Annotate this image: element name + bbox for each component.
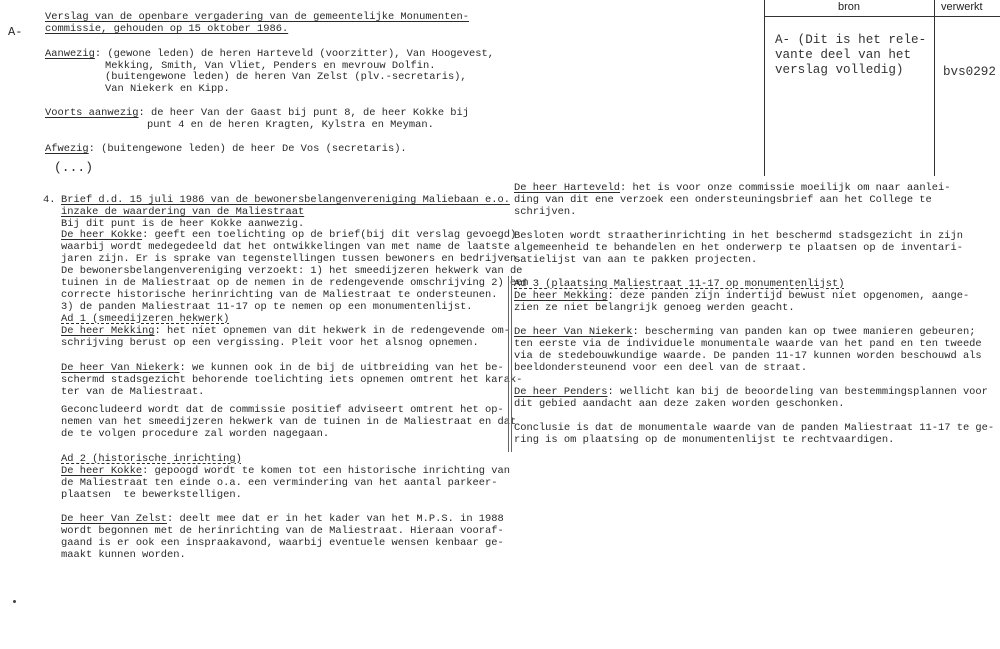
- speaker-harteveld: De heer Harteveld: [514, 182, 620, 194]
- also-present-label: Voorts aanwezig: [45, 107, 139, 119]
- absent-line: Afwezig: (buitengewone leden) de heer De…: [45, 144, 407, 155]
- verwerkt-code: bvs0292: [943, 65, 996, 80]
- conclusion1-line-2: nemen van het smeedijzeren hekwerk van d…: [61, 417, 516, 428]
- decision-line-1: Besloten wordt straatherinrichting in he…: [514, 231, 963, 242]
- kokke-line-3: jaren zijn. Er is sprake van tegenstelli…: [61, 254, 522, 265]
- table-header-bron: bron: [838, 2, 860, 13]
- mekking2-line-2: zien ze niet belangrijk genoeg werden ge…: [514, 303, 795, 314]
- table-header-rule: [764, 16, 1000, 17]
- omission-ellipsis: (...): [54, 162, 93, 173]
- speaker-kokke: De heer Kokke: [61, 229, 142, 241]
- ad2-heading: Ad 2 (historische inrichting): [61, 454, 242, 465]
- harteveld-line-1: De heer Harteveld: het is voor onze comm…: [514, 183, 951, 194]
- vanniekerk2-line-1: De heer Van Niekerk: bescherming van pan…: [514, 327, 975, 338]
- kokke2-line-3: plaatsen te bewerkstelligen.: [61, 490, 242, 501]
- mekking-line-2: schrijving berust op een vergissing. Ple…: [61, 338, 479, 349]
- speaker-mekking-2: De heer Mekking: [514, 290, 608, 302]
- bron-line-2: vante deel van het: [775, 48, 911, 63]
- conclusion1-line-1: Geconcludeerd wordt dat de commissie pos…: [61, 405, 504, 416]
- vanniekerk-line-2: schermd stadsgezicht behorende toelichti…: [61, 375, 522, 386]
- decision-line-3: satielijst van aan te pakken projecten.: [514, 255, 757, 266]
- kokke-line-5: tuinen in de Maliestraat op de nemen in …: [61, 278, 529, 289]
- bron-line-3: verslag volledig): [775, 63, 903, 78]
- vanzelst-line-2: wordt begonnen met de herinrichting van …: [61, 526, 504, 537]
- kokke-line-2: waarbij wordt medegedeeld dat het ontwik…: [61, 242, 510, 253]
- speaker-van-niekerk-2: De heer Van Niekerk: [514, 326, 632, 338]
- penders-line-1: De heer Penders: wellicht kan bij de beo…: [514, 387, 988, 398]
- harteveld-line-3: schrijven.: [514, 207, 576, 218]
- present-line-4: Van Niekerk en Kipp.: [105, 84, 230, 95]
- bron-line-1: A- (Dit is het rele-: [775, 33, 926, 48]
- report-title-line-1: Verslag van de openbare vergadering van …: [45, 12, 469, 23]
- present-label: Aanwezig: [45, 48, 95, 60]
- harteveld-line-2: ding van dit ene verzoek een ondersteuni…: [514, 195, 932, 206]
- item4-title-line-1: Brief d.d. 15 juli 1986 van de bewonersb…: [61, 195, 510, 206]
- kokke-line-1: De heer Kokke: geeft een toelichting op …: [61, 230, 516, 241]
- vanzelst-line-3: gaand is er ook een inspraakavond, waarb…: [61, 538, 504, 549]
- speaker-van-niekerk: De heer Van Niekerk: [61, 362, 179, 374]
- report-title-line-2: commissie, gehouden op 15 oktober 1986.: [45, 24, 288, 35]
- item-number: 4.: [43, 195, 55, 206]
- item4-title-line-2: inzake de waardering van de Maliestraat: [61, 207, 304, 218]
- conclusion1-line-3: de te volgen procedure zal worden nagega…: [61, 429, 329, 440]
- decision-line-2: algemeenheid te behandelen en het onderw…: [514, 243, 963, 254]
- vanniekerk2-line-2: ten eerste via de individuele monumental…: [514, 339, 982, 350]
- conclusion-line-1: Conclusie is dat de monumentale waarde v…: [514, 423, 994, 434]
- speaker-kokke-2: De heer Kokke: [61, 465, 142, 477]
- kokke2-line-2: de Maliestraat ten einde o.a. een vermin…: [61, 478, 497, 489]
- also-present-line-1: Voorts aanwezig: de heer Van der Gaast b…: [45, 108, 469, 119]
- speaker-van-zelst: De heer Van Zelst: [61, 513, 167, 525]
- mekking-line-1: De heer Mekking: het niet opnemen van di…: [61, 326, 510, 337]
- ad1-heading: Ad 1 (smeedijzeren hekwerk): [61, 314, 229, 325]
- also-present-line-2: punt 4 en de heren Kragten, Kylstra en M…: [147, 120, 434, 131]
- kokke-line-4: De bewonersbelangenvereniging verzoekt: …: [61, 266, 522, 277]
- vanniekerk2-line-3: via de stedebouwkundige waarde. De pande…: [514, 351, 982, 362]
- vanzelst-line-1: De heer Van Zelst: deelt mee dat er in h…: [61, 514, 504, 525]
- table-border-middle: [934, 0, 935, 176]
- margin-bar-outer: [508, 276, 509, 452]
- ad3-heading: Ad 3 (plaatsing Maliestraat 11-17 op mon…: [514, 279, 844, 290]
- margin-marker: A-: [8, 27, 22, 38]
- margin-bar-inner: [511, 276, 512, 452]
- conclusion-line-2: ring is om plaatsing op de monumentenlij…: [514, 435, 894, 446]
- kokke2-line-1: De heer Kokke: gepoogd wordt te komen to…: [61, 466, 510, 477]
- table-header-verwerkt: verwerkt: [941, 2, 983, 13]
- vanniekerk-line-3: ter van de Maliestraat.: [61, 387, 204, 398]
- speaker-penders: De heer Penders: [514, 386, 608, 398]
- absent-label: Afwezig: [45, 143, 89, 155]
- vanniekerk2-line-4: beeldondersteunend voor een deel van de …: [514, 363, 807, 374]
- present-line-3: (buitengewone leden) de heren Van Zelst …: [105, 72, 467, 83]
- penders-line-2: dit gebied aandacht aan deze zaken worde…: [514, 399, 844, 410]
- vanniekerk-line-1: De heer Van Niekerk: we kunnen ook in de…: [61, 363, 504, 374]
- speaker-mekking: De heer Mekking: [61, 325, 155, 337]
- stray-dot: [13, 600, 16, 603]
- present-line-1: Aanwezig: (gewone leden) de heren Hartev…: [45, 49, 494, 60]
- table-border-left: [764, 0, 765, 176]
- kokke-line-6: correcte historische herinrichting van d…: [61, 290, 497, 301]
- kokke-line-7: 3) de panden Maliestraat 11-17 op te nem…: [61, 302, 473, 313]
- vanzelst-line-4: maakt kunnen worden.: [61, 550, 186, 561]
- mekking2-line-1: De heer Mekking: deze panden zijn indert…: [514, 291, 969, 302]
